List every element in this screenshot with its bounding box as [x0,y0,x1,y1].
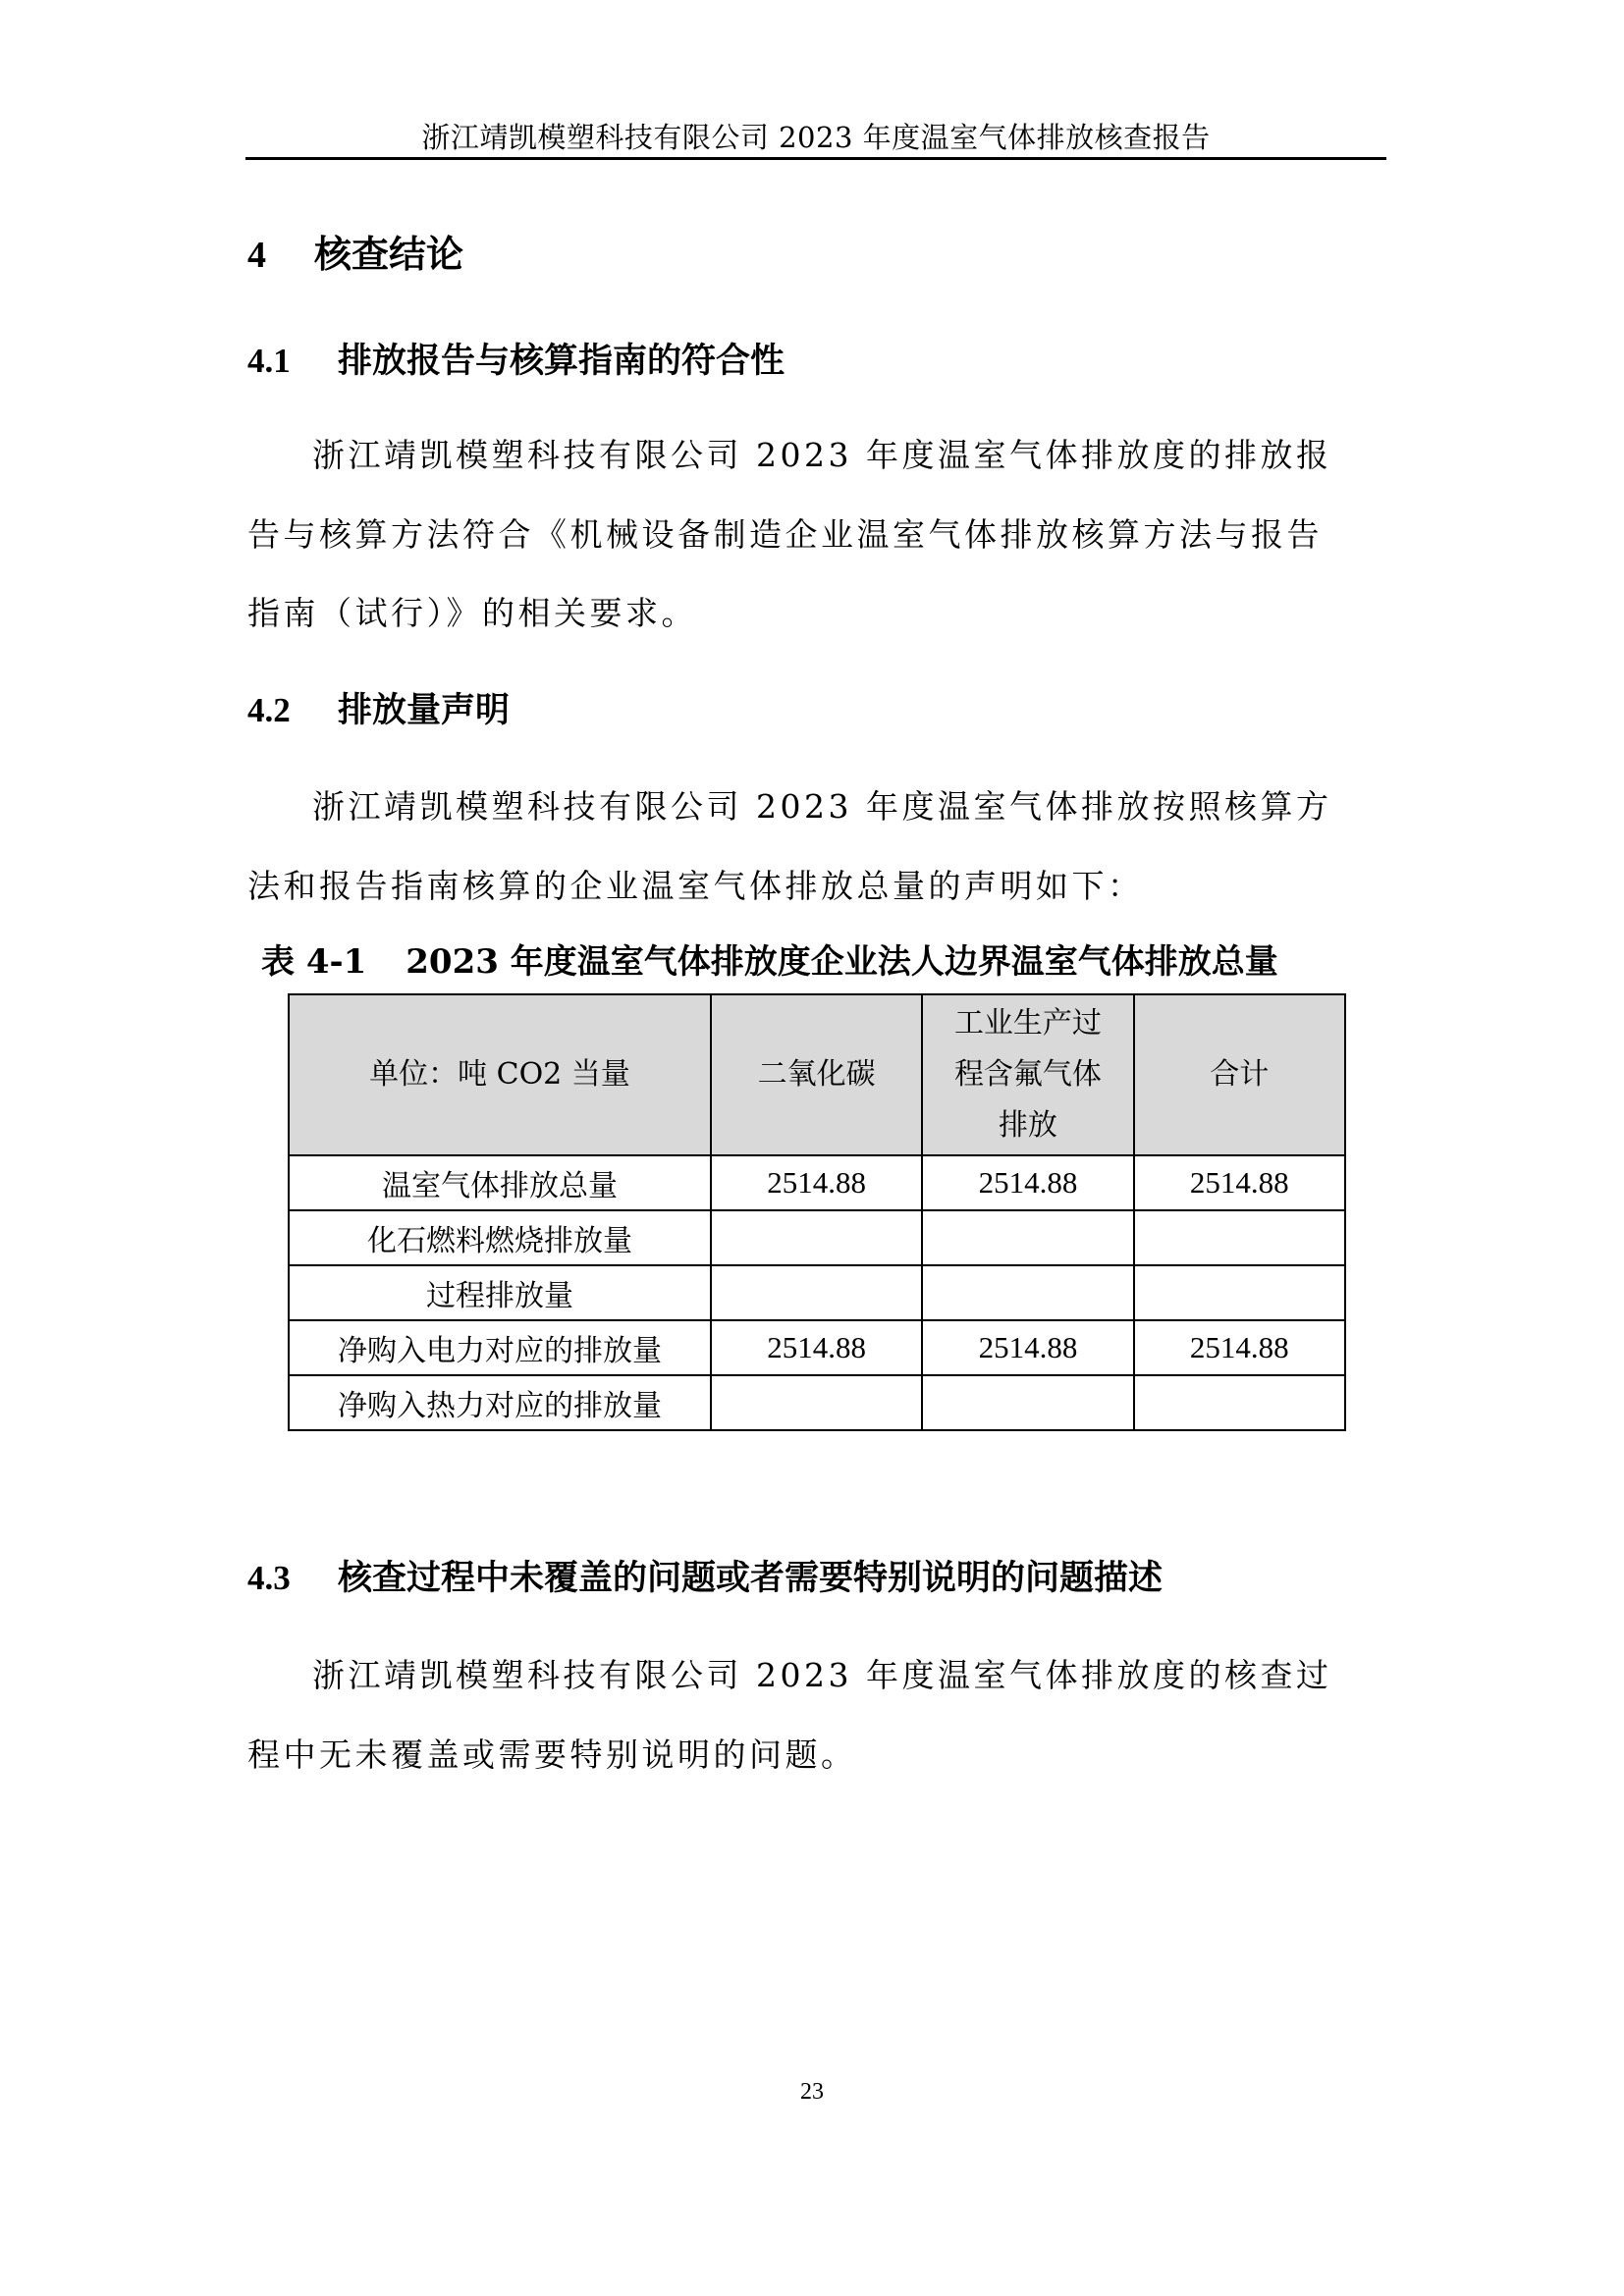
page-number: 23 [0,2079,1624,2106]
paragraph-line: 程中无未覆盖或需要特别说明的问题。 [247,1730,857,1776]
running-header: 浙江靖凯模塑科技有限公司 2023 年度温室气体排放核查报告 [245,116,1386,156]
section-heading-4-1: 4.1排放报告与核算指南的符合性 [247,334,785,383]
cell-fluorinated [922,1265,1133,1320]
paragraph-line: 法和报告指南核算的企业温室气体排放总量的声明如下： [247,861,1144,907]
table-caption-label: 表 4-1 [261,942,366,982]
cell-fluorinated: 2514.88 [922,1320,1133,1375]
cell-total [1134,1375,1345,1430]
table-row: 化石燃料燃烧排放量 [289,1210,1345,1265]
section-number: 4.1 [247,342,338,381]
section-title: 核查过程中未覆盖的问题或者需要特别说明的问题描述 [338,1558,1163,1598]
section-heading-4: 4核查结论 [247,224,463,278]
cell-total [1134,1265,1345,1320]
table-header-row: 单位：吨 CO2 当量 二氧化碳 工业生产过 程含氟气体 排放 合计 [289,994,1345,1155]
column-header-co2: 二氧化碳 [711,994,922,1155]
cell-total: 2514.88 [1134,1155,1345,1210]
section-number: 4.3 [247,1559,338,1598]
section-heading-4-2: 4.2排放量声明 [247,683,510,732]
column-header-total: 合计 [1134,994,1345,1155]
paragraph-line: 指南（试行）》的相关要求。 [247,588,697,634]
cell-total: 2514.88 [1134,1320,1345,1375]
table-row: 净购入电力对应的排放量 2514.88 2514.88 2514.88 [289,1320,1345,1375]
paragraph-line: 告与核算方法符合《机械设备制造企业温室气体排放核算方法与报告 [247,509,1323,556]
cell-co2: 2514.88 [711,1320,922,1375]
paragraph-line: 浙江靖凯模塑科技有限公司 2023 年度温室气体排放度的排放报 [312,430,1331,476]
row-label: 化石燃料燃烧排放量 [289,1210,711,1265]
cell-co2 [711,1375,922,1430]
row-label: 温室气体排放总量 [289,1155,711,1210]
header-divider [245,157,1386,160]
section-title: 排放报告与核算指南的符合性 [338,341,785,381]
paragraph-line: 浙江靖凯模塑科技有限公司 2023 年度温室气体排放度的核查过 [312,1650,1331,1696]
emissions-table: 单位：吨 CO2 当量 二氧化碳 工业生产过 程含氟气体 排放 合计 温室气体排… [288,993,1346,1431]
table-caption-title: 2023 年度温室气体排放度企业法人边界温室气体排放总量 [406,942,1277,982]
section-heading-4-3: 4.3核查过程中未覆盖的问题或者需要特别说明的问题描述 [247,1551,1163,1600]
column-header-unit: 单位：吨 CO2 当量 [289,994,711,1155]
section-number: 4.2 [247,691,338,730]
column-header-fluorinated: 工业生产过 程含氟气体 排放 [922,994,1133,1155]
row-label: 净购入电力对应的排放量 [289,1320,711,1375]
cell-fluorinated: 2514.88 [922,1155,1133,1210]
section-title: 核查结论 [314,232,463,276]
cell-fluorinated [922,1210,1133,1265]
cell-fluorinated [922,1375,1133,1430]
cell-co2: 2514.88 [711,1155,922,1210]
table-row: 温室气体排放总量 2514.88 2514.88 2514.88 [289,1155,1345,1210]
cell-co2 [711,1210,922,1265]
table-caption: 表 4-12023 年度温室气体排放度企业法人边界温室气体排放总量 [261,934,1278,983]
paragraph-line: 浙江靖凯模塑科技有限公司 2023 年度温室气体排放按照核算方 [312,781,1331,828]
cell-total [1134,1210,1345,1265]
row-label: 净购入热力对应的排放量 [289,1375,711,1430]
table-row: 净购入热力对应的排放量 [289,1375,1345,1430]
row-label: 过程排放量 [289,1265,711,1320]
cell-co2 [711,1265,922,1320]
section-title: 排放量声明 [338,690,510,730]
table-row: 过程排放量 [289,1265,1345,1320]
section-number: 4 [247,234,314,277]
